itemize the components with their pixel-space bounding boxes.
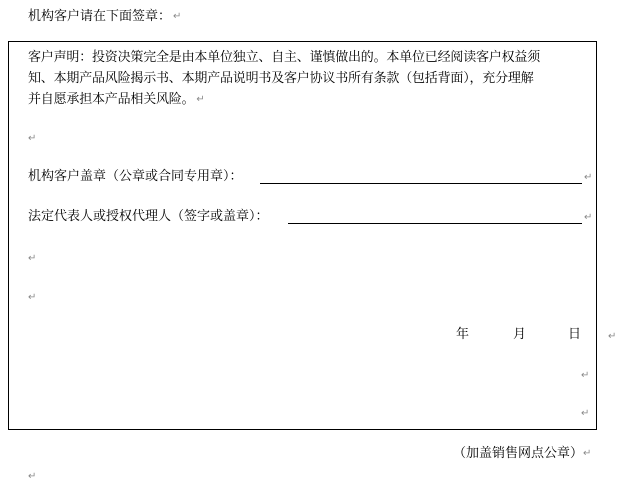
empty-paragraph: ↵ <box>28 131 36 147</box>
paragraph-mark-icon: ↵ <box>581 370 589 381</box>
empty-paragraph: ↵ <box>28 290 36 306</box>
statement-line-3-text: 并自愿承担本产品相关风险。 <box>28 92 194 107</box>
empty-paragraph: ↵ <box>581 406 589 422</box>
paragraph-mark-icon: ↵ <box>584 172 592 183</box>
paragraph-mark-icon: ↵ <box>584 212 592 223</box>
empty-paragraph: ↵ <box>28 251 36 267</box>
statement-line-2: 知、本期产品风险揭示书、本期产品说明书及客户协议书所有条款（包括背面），充分理解 <box>28 68 598 89</box>
paragraph-mark-icon: ↵ <box>28 292 36 303</box>
customer-statement: 客户声明：投资决策完全是由本单位独立、自主、谨慎做出的。本单位已经阅读客户权益须… <box>28 47 598 110</box>
paragraph-mark-icon: ↵ <box>28 253 36 264</box>
empty-paragraph: ↵ <box>28 469 36 485</box>
branch-seal-note-text: （加盖销售网点公章） <box>453 446 583 461</box>
statement-line-1: 客户声明：投资决策完全是由本单位独立、自主、谨慎做出的。本单位已经阅读客户权益须 <box>28 47 598 68</box>
paragraph-mark-icon: ↵ <box>28 133 36 144</box>
branch-seal-note: （加盖销售网点公章）↵ <box>453 446 591 462</box>
paragraph-mark-icon: ↵ <box>28 471 36 482</box>
date-year-label: 年 <box>456 327 469 343</box>
representative-signature-line[interactable] <box>288 223 582 224</box>
paragraph-mark-icon: ↵ <box>581 408 589 419</box>
sign-instruction-heading: 机构客户请在下面签章：↵ <box>28 9 181 25</box>
paragraph-mark: ↵ <box>582 210 592 226</box>
paragraph-mark: ↵ <box>582 170 592 186</box>
statement-line-3: 并自愿承担本产品相关风险。↵ <box>28 89 598 110</box>
representative-field-label: 法定代表人或授权代理人（签字或盖章）： <box>28 209 269 225</box>
date-day-label: 日 <box>568 327 581 343</box>
paragraph-mark-icon: ↵ <box>173 11 181 22</box>
heading-text: 机构客户请在下面签章： <box>28 9 171 24</box>
paragraph-mark-icon: ↵ <box>196 94 204 105</box>
date-month-label: 月 <box>513 327 526 343</box>
empty-paragraph: ↵ <box>581 368 589 384</box>
paragraph-mark-icon: ↵ <box>608 331 616 342</box>
seal-field-label: 机构客户盖章（公章或合同专用章）： <box>28 169 243 185</box>
seal-signature-line[interactable] <box>260 183 582 184</box>
paragraph-mark-icon: ↵ <box>583 448 591 459</box>
paragraph-mark: ↵ <box>608 329 616 345</box>
